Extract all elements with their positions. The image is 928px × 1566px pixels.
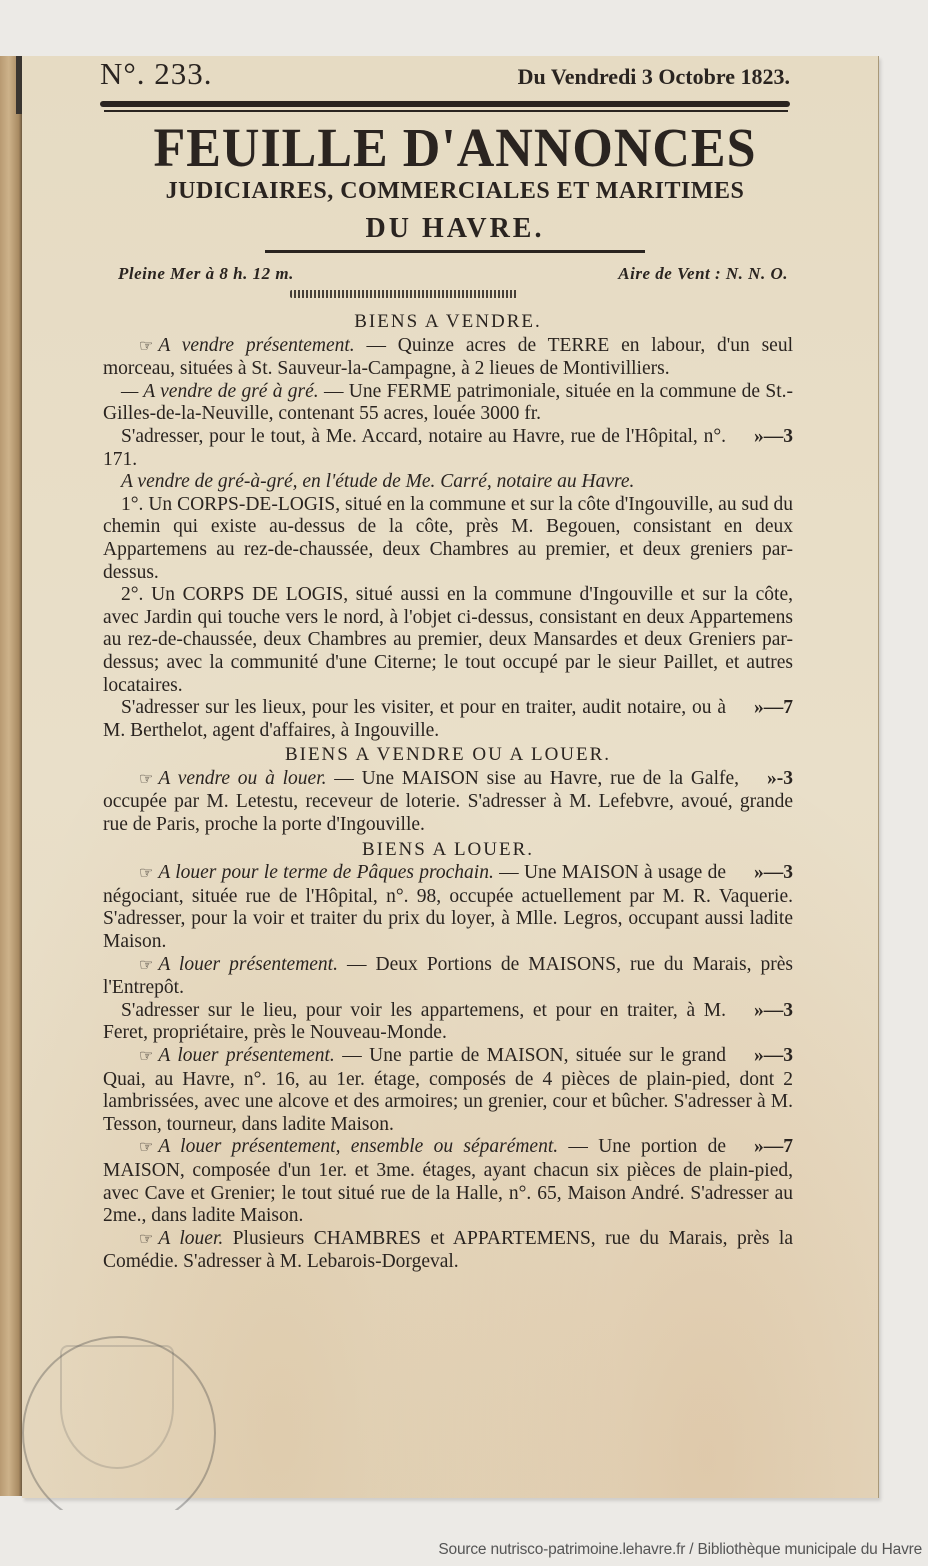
tide-info: Pleine Mer à 8 h. 12 m.	[118, 264, 294, 284]
notice-lead: A louer présentement.	[158, 1045, 334, 1066]
notice-reference: »—3	[736, 1045, 793, 1068]
section-heading: BIENS A VENDRE OU A LOUER.	[103, 744, 793, 767]
wind-info: Aire de Vent : N. N. O.	[618, 264, 788, 284]
pointing-hand-icon: ☞	[121, 1229, 153, 1252]
pointing-hand-icon: ☞	[121, 1046, 153, 1069]
issue-date: Du Vendredi 3 Octobre 1823.	[518, 64, 790, 90]
notice-reference: »-3	[749, 768, 793, 791]
issue-number: N°. 233.	[100, 56, 213, 92]
binding-spine	[0, 56, 22, 1496]
notice-lead: A vendre de gré-à-gré, en l'étude de Me.…	[121, 471, 634, 492]
notice-lead: A louer.	[158, 1228, 223, 1249]
newspaper-title: FEUILLE D'ANNONCES	[90, 116, 820, 181]
notice: ☞A louer présentement. — Deux Portions d…	[103, 954, 793, 1000]
notice-text: 2°. Un CORPS DE LOGIS, situé aussi en la…	[103, 584, 793, 695]
notice-reference: »—3	[736, 862, 793, 885]
notice-text: S'adresser sur le lieu, pour voir les ap…	[103, 1000, 726, 1044]
notice: »-3☞A vendre ou à louer. — Une MAISON si…	[103, 768, 793, 837]
masthead-top-line: N°. 233. Du Vendredi 3 Octobre 1823.	[100, 56, 790, 96]
pointing-hand-icon: ☞	[121, 769, 153, 792]
notice-text: S'adresser sur les lieux, pour les visit…	[103, 697, 726, 741]
notice-text: S'adresser, pour le tout, à Me. Accard, …	[103, 426, 726, 470]
notice-lead: A louer pour le terme de Pâques prochain…	[158, 862, 494, 883]
tide-wind-line: Pleine Mer à 8 h. 12 m. Aire de Vent : N…	[118, 264, 788, 284]
notice: »—3☞A louer présentement. — Une partie d…	[103, 1045, 793, 1136]
source-credit: Source nutrisco-patrimoine.lehavre.fr / …	[438, 1541, 922, 1559]
notice-reference: »—7	[736, 697, 793, 720]
notice: 1°. Un CORPS-DE-LOGIS, situé en la commu…	[103, 494, 793, 584]
masthead-rule-thick	[100, 101, 790, 107]
section-heading: BIENS A LOUER.	[103, 839, 793, 862]
notice-reference: »—3	[736, 426, 793, 449]
announcements-body: BIENS A VENDRE.☞A vendre présentement. —…	[103, 309, 793, 1274]
masthead-rule-thin	[104, 110, 788, 112]
notice-reference: »—7	[736, 1136, 793, 1159]
notice-lead: A vendre présentement.	[158, 335, 354, 356]
notice-lead: A louer présentement.	[158, 954, 338, 975]
notice: ☞A vendre présentement. — Quinze acres d…	[103, 335, 793, 381]
notice: »—7☞A louer présentement, ensemble ou sé…	[103, 1136, 793, 1227]
title-rule	[265, 250, 645, 253]
notice-lead: A vendre ou à louer.	[158, 768, 326, 789]
notice: »—3S'adresser, pour le tout, à Me. Accar…	[103, 426, 793, 471]
section-heading: BIENS A VENDRE.	[103, 311, 793, 334]
notice: »—3☞A louer pour le terme de Pâques proc…	[103, 862, 793, 953]
stamp-shield-icon	[60, 1345, 174, 1469]
pointing-hand-icon: ☞	[121, 863, 153, 886]
notice-text: 1°. Un CORPS-DE-LOGIS, situé en la commu…	[103, 494, 793, 583]
notice-reference: »—3	[736, 1000, 793, 1023]
notice: — A vendre de gré à gré. — Une FERME pat…	[103, 381, 793, 426]
notice: ☞A louer. Plusieurs CHAMBRES et APPARTEM…	[103, 1228, 793, 1274]
notice: »—3S'adresser sur le lieu, pour voir les…	[103, 1000, 793, 1045]
notice: »—7S'adresser sur les lieux, pour les vi…	[103, 697, 793, 742]
newspaper-subtitle: JUDICIAIRES, COMMERCIALES ET MARITIMES	[95, 176, 815, 206]
notice: A vendre de gré-à-gré, en l'étude de Me.…	[103, 471, 793, 494]
pointing-hand-icon: ☞	[121, 955, 153, 978]
pointing-hand-icon: ☞	[121, 336, 153, 359]
wavy-divider	[290, 290, 518, 298]
notice-lead: A louer présentement, ensemble ou séparé…	[158, 1136, 558, 1157]
newspaper-city: DU HAVRE.	[90, 212, 820, 246]
notice-lead: — A vendre de gré à gré.	[121, 381, 319, 402]
pointing-hand-icon: ☞	[121, 1137, 153, 1160]
notice: 2°. Un CORPS DE LOGIS, situé aussi en la…	[103, 584, 793, 697]
